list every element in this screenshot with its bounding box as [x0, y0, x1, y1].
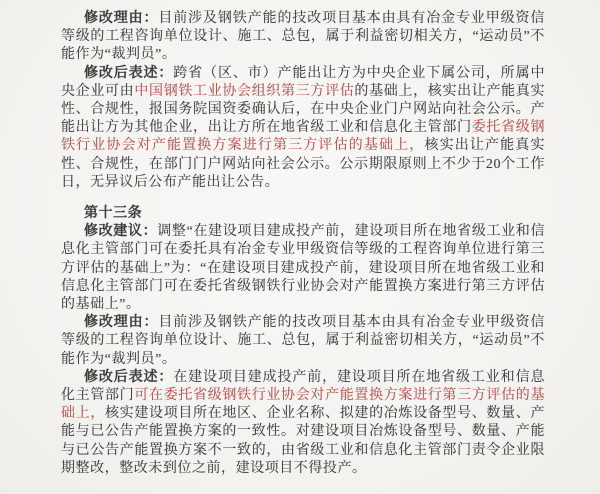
- revision-reason-1: 修改理由：目前涉及钢铁产能的技改项目基本由具有冶金专业甲级资信等级的工程咨询单位…: [61, 10, 545, 65]
- paragraph-label: 第十三条: [84, 206, 142, 221]
- paragraph-label: 修改后表述：: [84, 370, 173, 385]
- revised-wording-1: 修改后表述：跨省（区、市）产能出让方为中央企业下属公司，所属中央企业可由中国钢铁…: [61, 65, 545, 192]
- paragraph-label: 修改建议：: [84, 224, 157, 239]
- text-run: 核实建设项目所在地区、企业名称、拟建的冶炼设备型号、数量、产能与已公告产能置换方…: [61, 406, 545, 476]
- paragraph-label: 修改后表述：: [84, 66, 173, 81]
- revision-suggestion: 修改建议：调整“在建设项目建成投产前，建设项目所在地省级工业和信息化主管部门可在…: [61, 223, 545, 314]
- article-13-heading: 第十三条: [61, 205, 545, 223]
- revised-wording-2: 修改后表述：在建设项目建成投产前，建设项目所在地省级工业和信息化主管部门可在委托…: [61, 369, 545, 478]
- revision-reason-2: 修改理由：目前涉及钢铁产能的技改项目基本由具有冶金专业甲级资信等级的工程咨询单位…: [61, 314, 545, 369]
- paragraph-label: 修改理由：: [84, 11, 158, 26]
- paragraph-label: 修改理由：: [84, 315, 158, 330]
- document-body: 修改理由：目前涉及钢铁产能的技改项目基本由具有冶金专业甲级资信等级的工程咨询单位…: [61, 10, 545, 478]
- document-page: 修改理由：目前涉及钢铁产能的技改项目基本由具有冶金专业甲级资信等级的工程咨询单位…: [0, 0, 600, 494]
- highlighted-text: 中国钢铁工业协会组织第三方评估: [134, 84, 354, 99]
